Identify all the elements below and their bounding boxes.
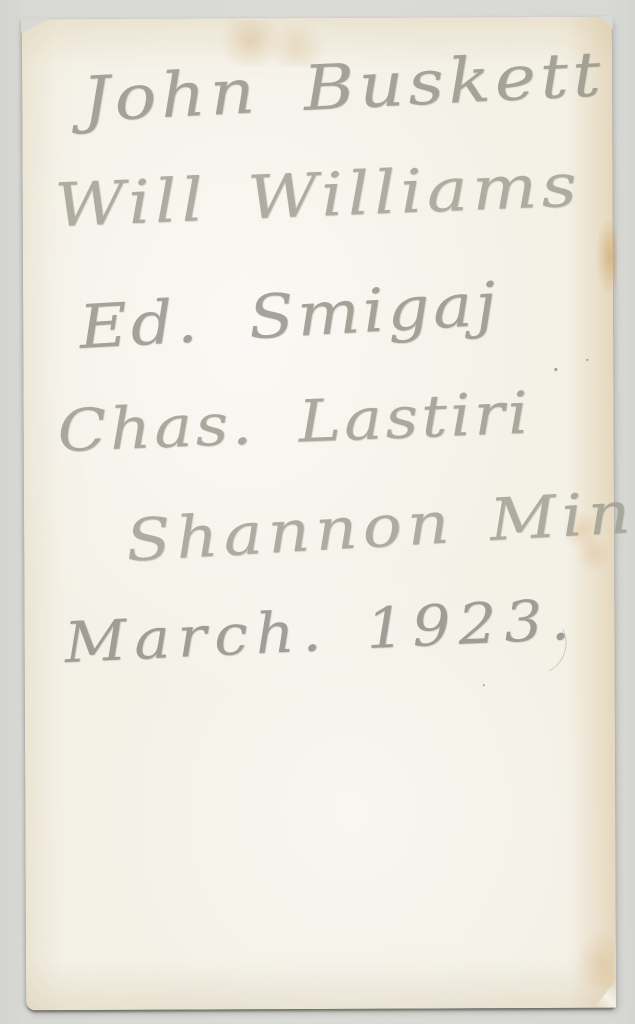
inscription-line-will-williams: Will Williams xyxy=(53,150,582,241)
age-stain-right-edge xyxy=(583,209,618,329)
inscription-line-shannon-mine: Shannon Mine xyxy=(124,475,635,574)
paper-speck xyxy=(483,684,485,686)
inscription-line-john-buskett: John Buskett xyxy=(80,37,606,136)
folded-corner-bottom-right xyxy=(594,980,616,1008)
age-stain-bottom-right xyxy=(574,928,614,988)
scan-background: John Buskett Will Williams Ed. Smigaj Ch… xyxy=(0,0,635,1024)
clipped-corner-top-left xyxy=(21,18,51,33)
inscription-line-date: March. 1923. xyxy=(63,587,578,676)
paper-speck xyxy=(554,368,557,371)
inscription-line-chas-lastiri: Chas. Lastiri xyxy=(56,379,532,466)
inscription-line-ed-smigaj: Ed. Smigaj xyxy=(77,269,501,363)
photo-verso-paper: John Buskett Will Williams Ed. Smigaj Ch… xyxy=(22,17,616,1011)
clipped-corner-top-right xyxy=(599,16,613,30)
paper-speck xyxy=(586,359,588,361)
